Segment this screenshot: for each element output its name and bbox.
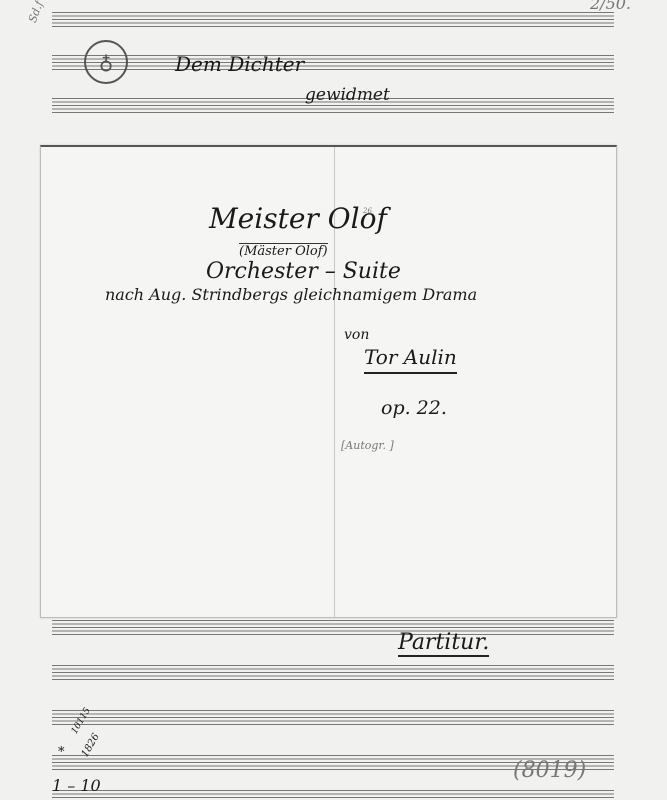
by-label: von [344, 327, 369, 343]
description: nach Aug. Strindbergs gleichnamigem Dram… [105, 285, 477, 304]
dedication-line-2: gewidmet [305, 85, 390, 105]
staff-system-8 [52, 790, 614, 800]
dedication-line-1: Dem Dichter [175, 52, 304, 76]
catalog-number: (8019) [513, 758, 586, 783]
title: Meister Olof [209, 202, 387, 235]
staff-system-5 [52, 665, 614, 680]
score-label: Partitur. [398, 630, 489, 657]
autograph-note: [Autogr. ] [341, 439, 394, 452]
pasted-title-sheet: Meister Olof 26 (Mäster Olof) Orchester … [40, 145, 617, 618]
subtitle: Orchester – Suite [206, 259, 401, 284]
library-stamp: ♁ [84, 40, 128, 84]
title-swedish: (Mäster Olof) [239, 243, 328, 259]
staff-system-6 [52, 710, 614, 725]
staff-system-4 [52, 620, 614, 635]
margin-mark-1: 26 [363, 207, 372, 215]
staff-system-2 [52, 55, 614, 70]
staff-system-1 [52, 12, 614, 27]
shelfmark-prefix: * [58, 745, 65, 760]
top-right-number: 2/50. [590, 0, 631, 13]
range-mark: 1 – 10 [52, 776, 101, 795]
opus: op. 22. [381, 397, 447, 419]
lyre-icon: ♁ [99, 50, 114, 74]
composer-name: Tor Aulin [364, 345, 457, 374]
